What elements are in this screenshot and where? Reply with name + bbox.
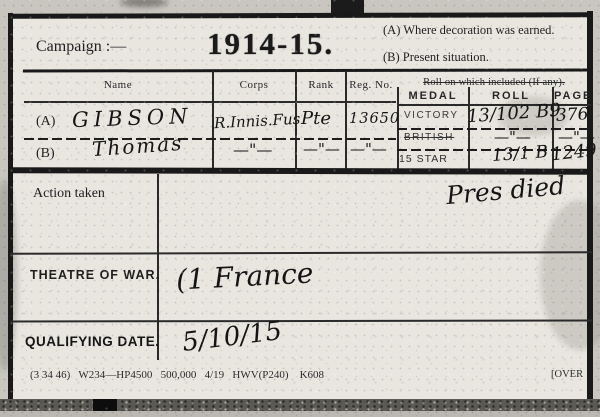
- col-header-corps: Corps: [212, 79, 296, 91]
- note-present-situation: (B) Present situation.: [383, 50, 489, 65]
- printer-code: (3 34 46) W234—HP4500 500,000 4/19 HWV(P…: [30, 369, 324, 381]
- over-label: [OVER: [551, 369, 583, 380]
- row-b-rank: —"—: [303, 140, 340, 158]
- campaign-year: 1914-15.: [207, 26, 357, 62]
- row-a-prefix: (A): [36, 114, 55, 130]
- col-header-reg-no: Reg. No.: [346, 79, 396, 91]
- scan-background-bottom: [0, 411, 600, 417]
- page-value-victory: 376: [555, 104, 588, 126]
- roll-table-struck-title: Roll on which included (If any).: [399, 77, 589, 88]
- roll-value-15-star: 13/1 B: [491, 142, 548, 166]
- medal-label-victory: VICTORY: [404, 110, 459, 121]
- qualifying-date-label: QUALIFYING DATE.: [25, 334, 160, 349]
- label-column-divider: [157, 174, 159, 360]
- bottom-edge-dark-patch: [93, 399, 117, 411]
- col-header-rank: Rank: [296, 79, 346, 91]
- row-b-prefix: (B): [36, 146, 55, 162]
- row-a-rank: Pte: [301, 108, 331, 129]
- medal-label-15-star: 15 STAR: [399, 153, 448, 165]
- col-header-name: Name: [24, 79, 212, 91]
- theatre-of-war-label: THEATRE OF WAR.: [30, 268, 160, 282]
- row-b-corps: —"—: [233, 140, 272, 159]
- smudge-top: [120, 0, 168, 7]
- medal-index-card-scan: Campaign :— 1914-15. (A) Where decoratio…: [0, 0, 600, 417]
- roll-col-header-medal: MEDAL: [398, 90, 468, 102]
- campaign-label: Campaign :—: [36, 38, 126, 56]
- row-a-name: GIBSON: [72, 104, 193, 132]
- medal-label-british: BRITISH: [404, 132, 454, 143]
- note-where-earned: (A) Where decoration was earned.: [383, 23, 555, 38]
- roll-col-header-page: PAGE: [554, 90, 600, 102]
- row-b-reg-no: —"—: [350, 140, 387, 158]
- rule-under-colheads: [24, 101, 396, 103]
- divider-rank-regno: [345, 71, 347, 170]
- rule-under-row-a: [24, 138, 396, 140]
- action-taken-label: Action taken: [33, 186, 105, 202]
- card-border-left: [8, 13, 13, 402]
- row-a-reg-no: 13650: [349, 111, 400, 127]
